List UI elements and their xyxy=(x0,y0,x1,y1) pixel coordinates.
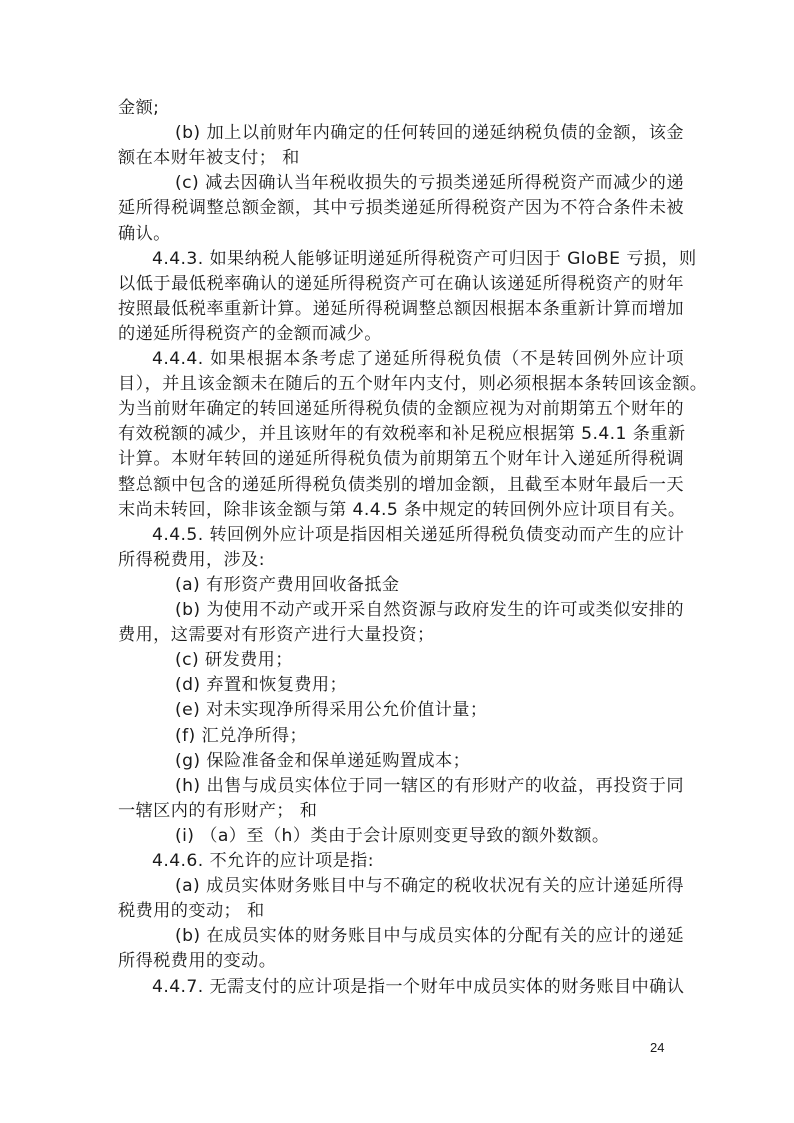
text-line: 末尚未转回，除非该金额与第 4.4.5 条中规定的转回例外应计项目有关。 xyxy=(118,498,684,523)
text-line: 所得税费用的变动。 xyxy=(118,949,684,974)
text-line: (c) 研发费用； xyxy=(175,648,684,673)
text-line: (b) 加上以前财年内确定的任何转回的递延纳税负债的金额，该金 xyxy=(175,121,684,146)
text-line: 4.4.4. 如果根据本条考虑了递延所得税负债（不是转回例外应计项 xyxy=(152,347,684,372)
text-line: 所得税费用，涉及: xyxy=(118,548,684,573)
text-line: 延所得税调整总额金额，其中亏损类递延所得税资产因为不符合条件未被 xyxy=(118,196,684,221)
text-line: 的递延所得税资产的金额而减少。 xyxy=(118,322,684,347)
text-line: 以低于最低税率确认的递延所得税资产可在确认该递延所得税资产的财年 xyxy=(118,272,684,297)
text-line: 税费用的变动； 和 xyxy=(118,899,684,924)
text-line: (e) 对未实现净所得采用公允价值计量； xyxy=(175,698,684,723)
text-line: (c) 减去因确认当年税收损失的亏损类递延所得税资产而减少的递 xyxy=(175,171,684,196)
page-number: 24 xyxy=(650,1040,664,1055)
text-line: (a) 有形资产费用回收备抵金 xyxy=(175,573,684,598)
text-line: 为当前财年确定的转回递延所得税负债的金额应视为对前期第五个财年的 xyxy=(118,397,684,422)
text-line: (d) 弃置和恢复费用； xyxy=(175,673,684,698)
document-page: 金额;(b) 加上以前财年内确定的任何转回的递延纳税负债的金额，该金额在本财年被… xyxy=(0,0,794,1123)
text-line: 确认。 xyxy=(118,222,684,247)
text-line: (h) 出售与成员实体位于同一辖区的有形财产的收益，再投资于同 xyxy=(175,774,684,799)
text-line: (a) 成员实体财务账目中与不确定的税收状况有关的应计递延所得 xyxy=(175,874,684,899)
text-line: 整总额中包含的递延所得税负债类别的增加金额，且截至本财年最后一天 xyxy=(118,473,684,498)
text-line: 金额; xyxy=(118,96,684,121)
text-line: 有效税额的减少，并且该财年的有效税率和补足税应根据第 5.4.1 条重新 xyxy=(118,422,684,447)
text-line: 4.4.7. 无需支付的应计项是指一个财年中成员实体的财务账目中确认 xyxy=(152,975,684,1000)
text-line: 费用，这需要对有形资产进行大量投资； xyxy=(118,623,684,648)
text-line: 计算。本财年转回的递延所得税负债为前期第五个财年计入递延所得税调 xyxy=(118,447,684,472)
text-line: 一辖区内的有形财产； 和 xyxy=(118,799,684,824)
text-line: 额在本财年被支付； 和 xyxy=(118,146,684,171)
text-line: 按照最低税率重新计算。递延所得税调整总额因根据本条重新计算而增加 xyxy=(118,297,684,322)
text-line: 目），并且该金额未在随后的五个财年内支付，则必须根据本条转回该金额。 xyxy=(118,372,684,397)
text-line: 4.4.5. 转回例外应计项是指因相关递延所得税负债变动而产生的应计 xyxy=(152,523,684,548)
text-line: (f) 汇兑净所得； xyxy=(175,724,684,749)
text-line: (b) 在成员实体的财务账目中与成员实体的分配有关的应计的递延 xyxy=(175,924,684,949)
text-line: (g) 保险准备金和保单递延购置成本； xyxy=(175,749,684,774)
text-line: 4.4.3. 如果纳税人能够证明递延所得税资产可归因于 GloBE 亏损，则 xyxy=(152,247,684,272)
text-line: (b) 为使用不动产或开采自然资源与政府发生的许可或类似安排的 xyxy=(175,598,684,623)
text-line: 4.4.6. 不允许的应计项是指: xyxy=(152,849,684,874)
text-line: (i) （a）至（h）类由于会计原则变更导致的额外数额。 xyxy=(175,824,684,849)
